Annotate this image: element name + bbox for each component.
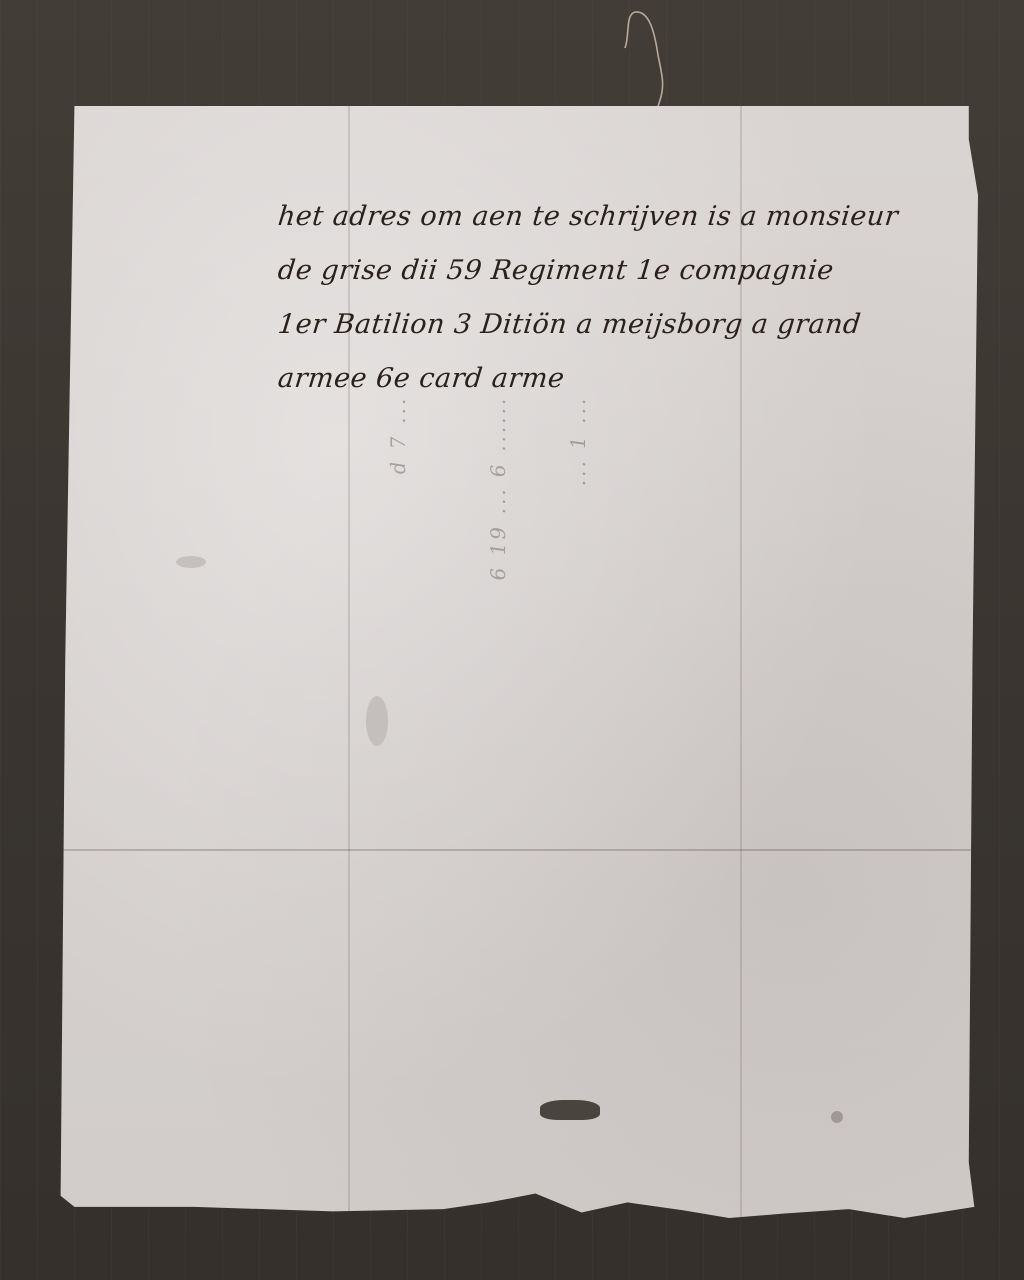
stain: [366, 696, 388, 746]
bleed-column: ... 1 ...: [566, 395, 590, 487]
address-line-1: het adres om aen te schrijven is a monsi…: [275, 190, 961, 244]
tear-hole: [540, 1100, 600, 1120]
address-line-4: armee 6e card arme: [275, 352, 961, 406]
stain: [176, 556, 206, 568]
ink-spot: [831, 1111, 843, 1123]
bleed-through-text: d 7 ... 6 19 ... 6 ...... ... 1 ...: [376, 396, 636, 816]
bleed-column: 6 19 ... 6 ......: [486, 395, 510, 581]
address-line-3: 1er Batilion 3 Ditiön a meijsborg a gran…: [275, 298, 961, 352]
address-block: het adres om aen te schrijven is a monsi…: [278, 190, 958, 406]
fold-crease-horizontal: [56, 849, 978, 851]
letter-sheet: d 7 ... 6 19 ... 6 ...... ... 1 ... het …: [56, 106, 978, 1218]
loose-thread: [610, 5, 670, 115]
address-line-2: de grise dii 59 Regiment 1e compagnie: [275, 244, 961, 298]
bleed-column: d 7 ...: [386, 395, 410, 475]
